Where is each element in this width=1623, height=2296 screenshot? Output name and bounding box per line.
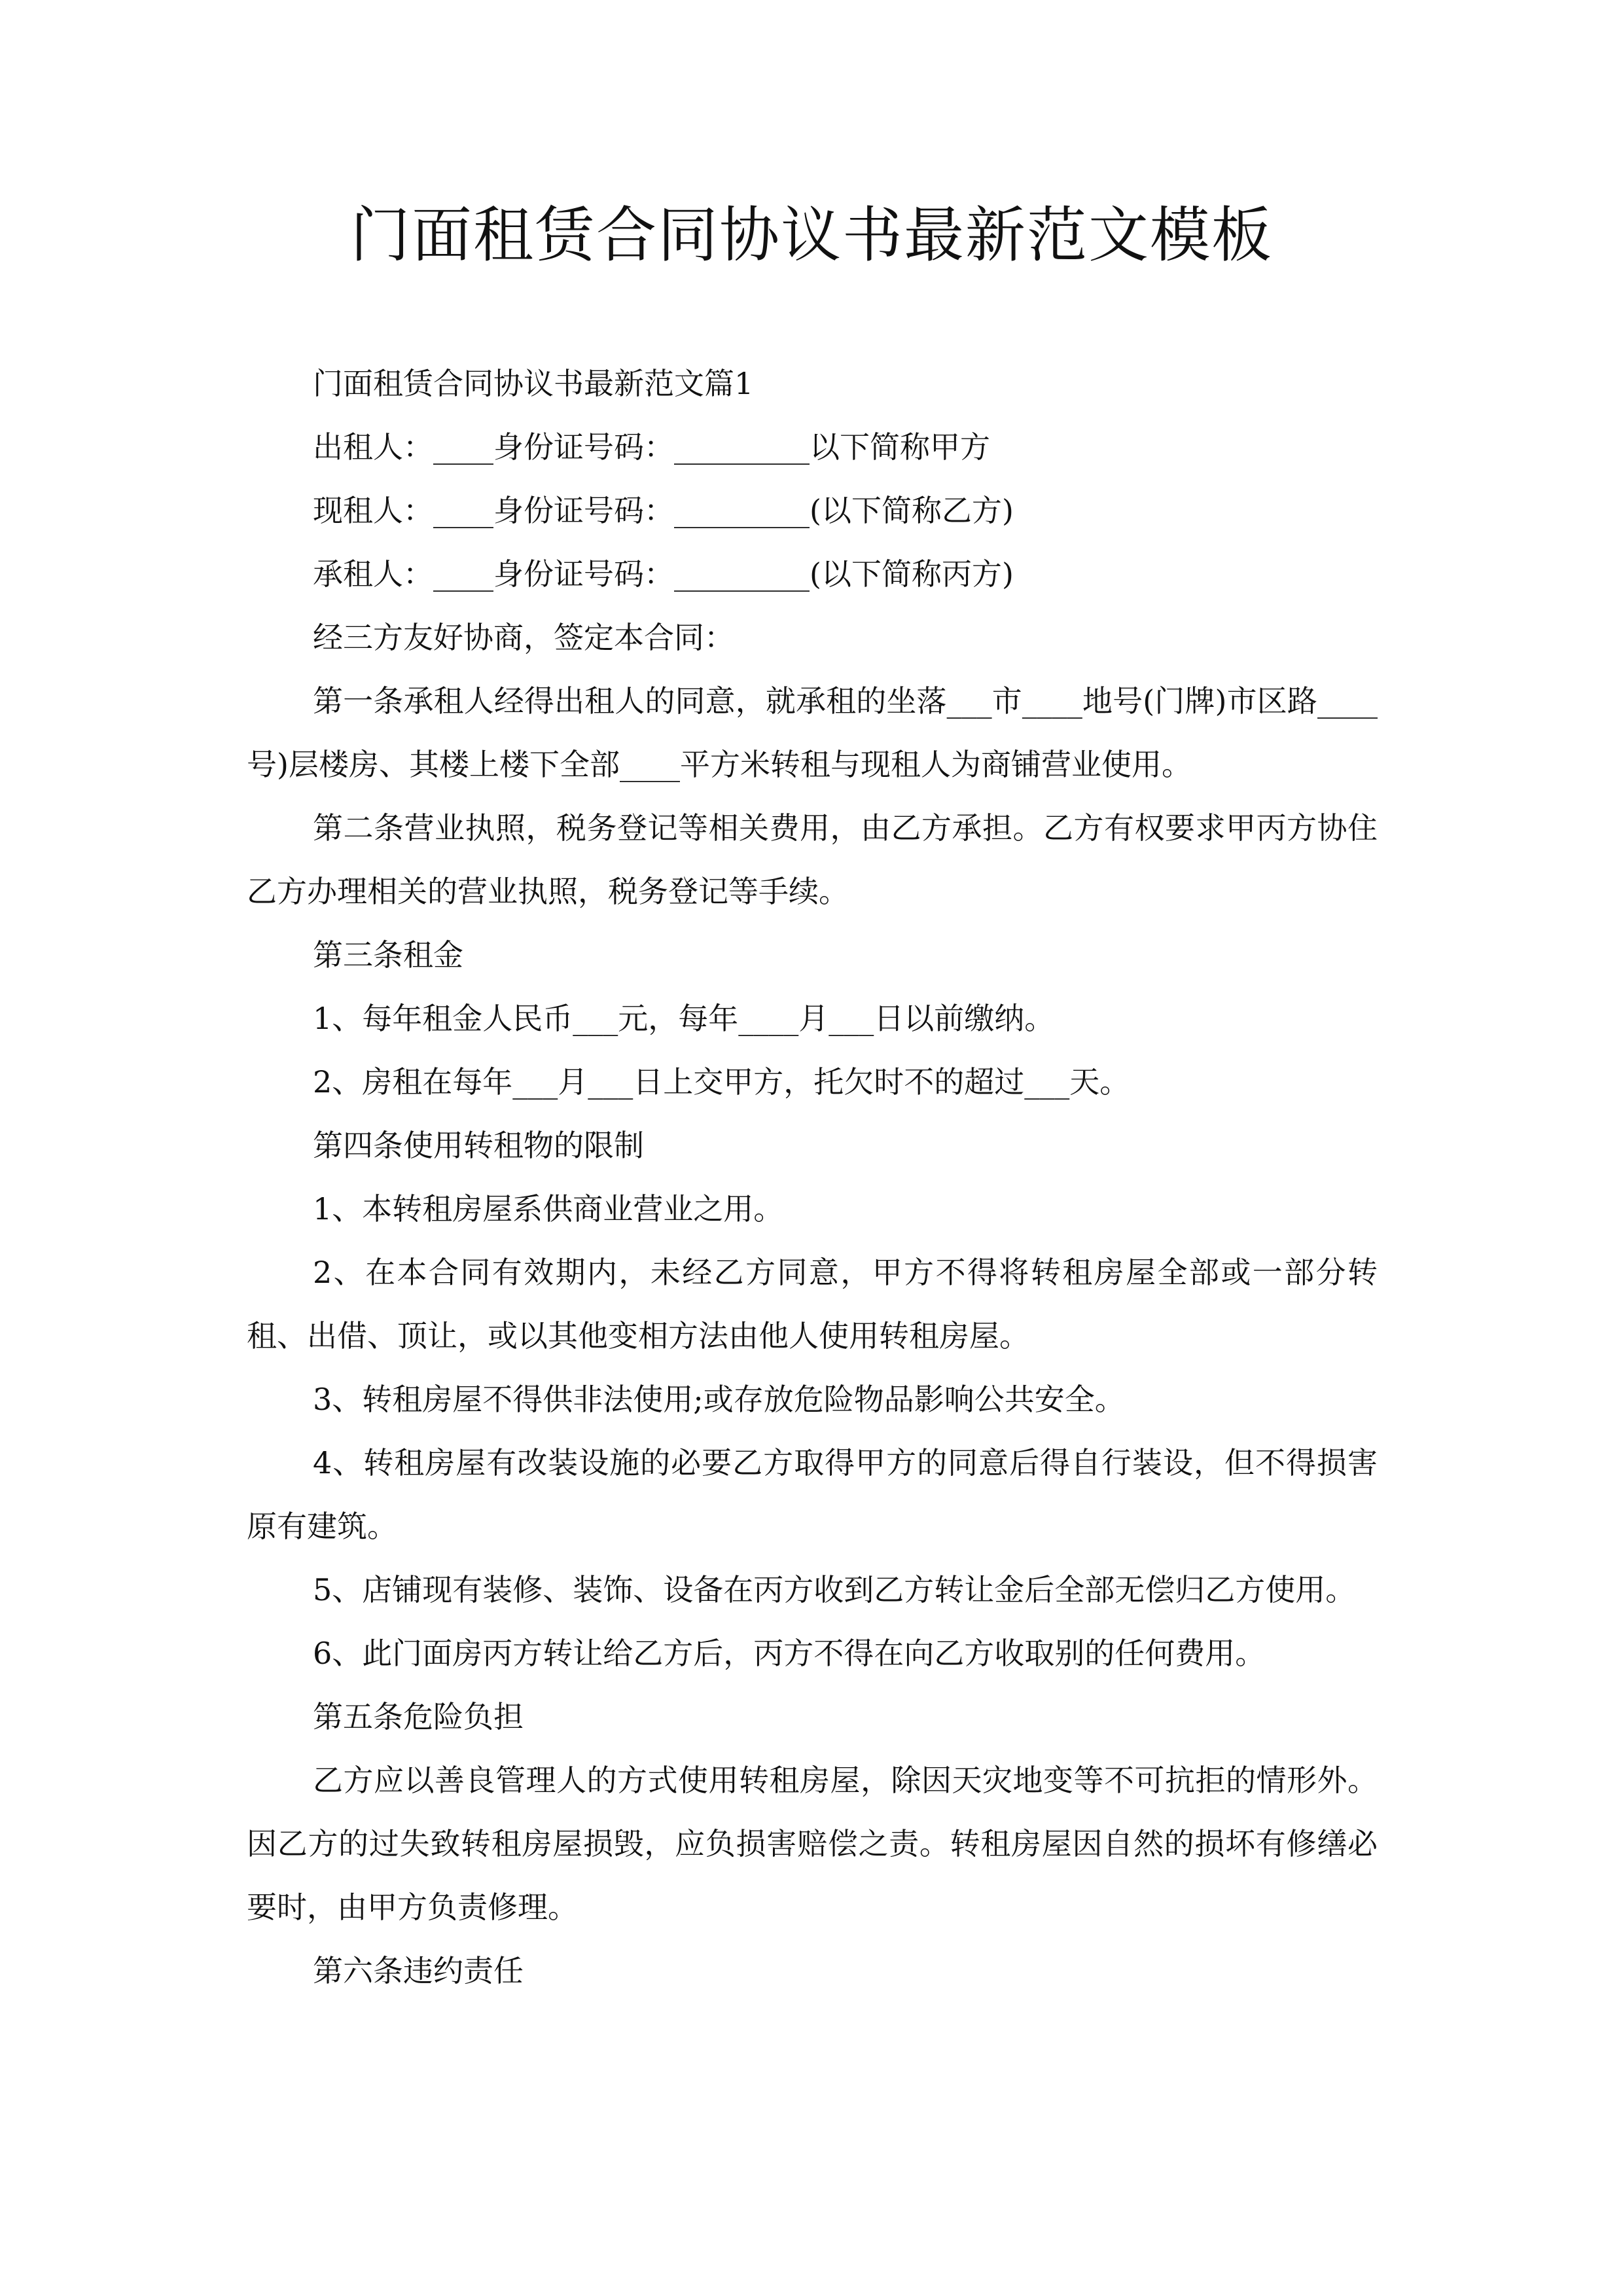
article-4-item-5: 5、店铺现有装修、装饰、设备在丙方收到乙方转让金后全部无偿归乙方使用。 <box>247 1558 1378 1622</box>
article-1: 第一条承租人经得出租人的同意，就承租的坐落___市____地号(门牌)市区路__… <box>247 670 1378 797</box>
party-lessee-line: 承租人：____身份证号码：_________(以下简称丙方) <box>247 543 1378 606</box>
document-body: 门面租赁合同协议书最新范文篇1 出租人：____身份证号码：_________以… <box>247 352 1378 2003</box>
section-heading: 门面租赁合同协议书最新范文篇1 <box>247 352 1378 416</box>
article-4-item-6: 6、此门面房丙方转让给乙方后，丙方不得在向乙方收取别的任何费用。 <box>247 1622 1378 1685</box>
article-5-heading: 第五条危险负担 <box>247 1685 1378 1749</box>
party-lessor-line: 出租人：____身份证号码：_________以下简称甲方 <box>247 416 1378 479</box>
article-4-item-1: 1、本转租房屋系供商业营业之用。 <box>247 1177 1378 1241</box>
article-3-item-2: 2、房租在每年___月___日上交甲方，托欠时不的超过___天。 <box>247 1050 1378 1114</box>
article-3-heading: 第三条租金 <box>247 924 1378 987</box>
article-4-heading: 第四条使用转租物的限制 <box>247 1114 1378 1177</box>
article-3-item-1: 1、每年租金人民币___元，每年____月___日以前缴纳。 <box>247 987 1378 1050</box>
party-current-tenant-line: 现租人：____身份证号码：_________(以下简称乙方) <box>247 479 1378 543</box>
article-4-item-2: 2、在本合同有效期内，未经乙方同意，甲方不得将转租房屋全部或一部分转租、出借、顶… <box>247 1241 1378 1368</box>
article-5-body: 乙方应以善良管理人的方式使用转租房屋，除因天灾地变等不可抗拒的情形外。因乙方的过… <box>247 1749 1378 1939</box>
preamble: 经三方友好协商，签定本合同： <box>247 606 1378 670</box>
article-4-item-3: 3、转租房屋不得供非法使用;或存放危险物品影响公共安全。 <box>247 1368 1378 1431</box>
article-6-heading: 第六条违约责任 <box>247 1939 1378 2003</box>
document-title: 门面租赁合同协议书最新范文模板 <box>0 196 1623 275</box>
article-2: 第二条营业执照，税务登记等相关费用，由乙方承担。乙方有权要求甲丙方协住乙方办理相… <box>247 797 1378 924</box>
article-4-item-4: 4、转租房屋有改装设施的必要乙方取得甲方的同意后得自行装设，但不得损害原有建筑。 <box>247 1431 1378 1558</box>
